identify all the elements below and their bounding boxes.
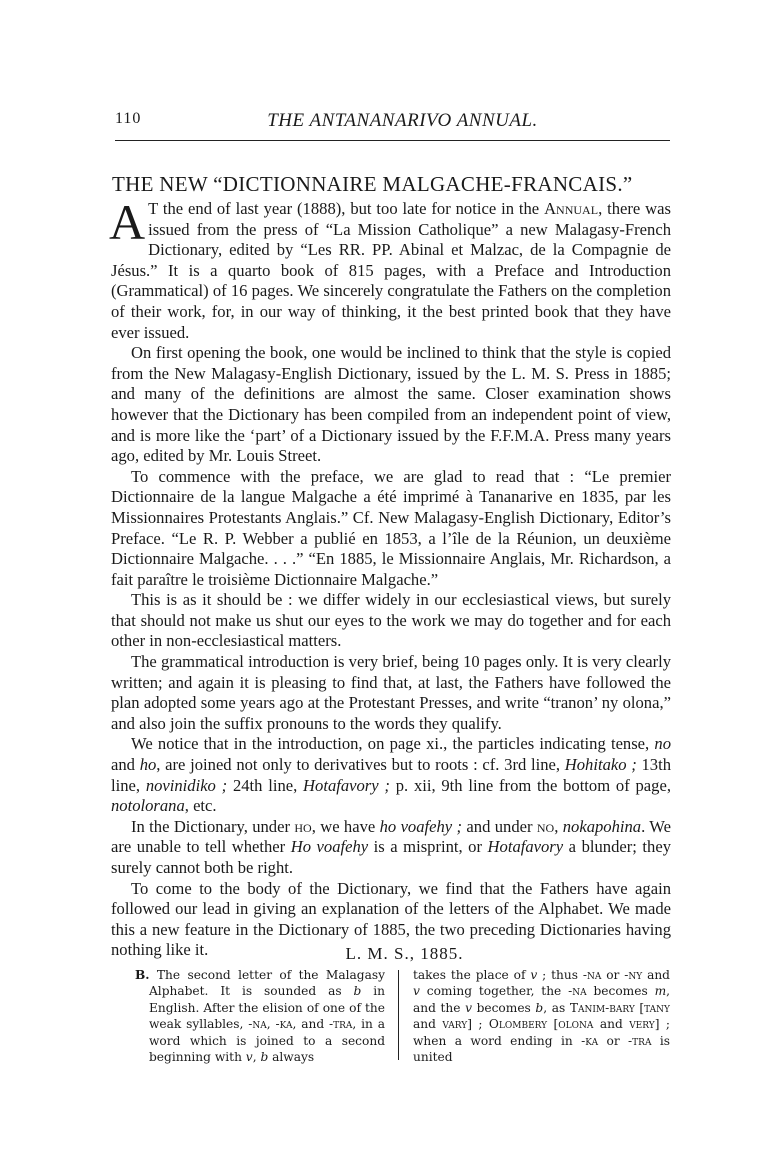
dictionary-column-left: B. The second letter of the Malagasy Alp… <box>135 967 385 1065</box>
dictionary-entry-b-continued: takes the place of v ; thus -na or -ny a… <box>413 967 670 1065</box>
running-header: 110 THE ANTANANARIVO ANNUAL. <box>115 110 670 136</box>
drop-cap: A <box>109 202 145 242</box>
paragraph-4: This is as it should be : we differ wide… <box>111 590 671 652</box>
paragraph-2: On first opening the book, one would be … <box>111 343 671 467</box>
header-rule <box>115 140 670 141</box>
column-divider <box>398 970 399 1060</box>
paragraph-7: In the Dictionary, under ho, we have ho … <box>111 817 671 879</box>
article-title: THE NEW “DICTIONNAIRE MALGACHE-FRANCAIS.… <box>112 172 682 197</box>
dictionary-column-right: takes the place of v ; thus -na or -ny a… <box>413 967 670 1065</box>
paragraph-1: AT the end of last year (1888), but too … <box>111 199 671 343</box>
paragraph-5: The grammatical introduction is very bri… <box>111 652 671 734</box>
paragraph-3: To commence with the preface, we are gla… <box>111 467 671 591</box>
headword: B. <box>135 968 150 982</box>
running-title: THE ANTANANARIVO ANNUAL. <box>115 110 670 132</box>
dictionary-entry-b: B. The second letter of the Malagasy Alp… <box>135 967 385 1065</box>
excerpt-source-label: L. M. S., 1885. <box>0 944 783 964</box>
paragraph-6: We notice that in the introduction, on p… <box>111 734 671 816</box>
article-body: AT the end of last year (1888), but too … <box>111 199 671 961</box>
